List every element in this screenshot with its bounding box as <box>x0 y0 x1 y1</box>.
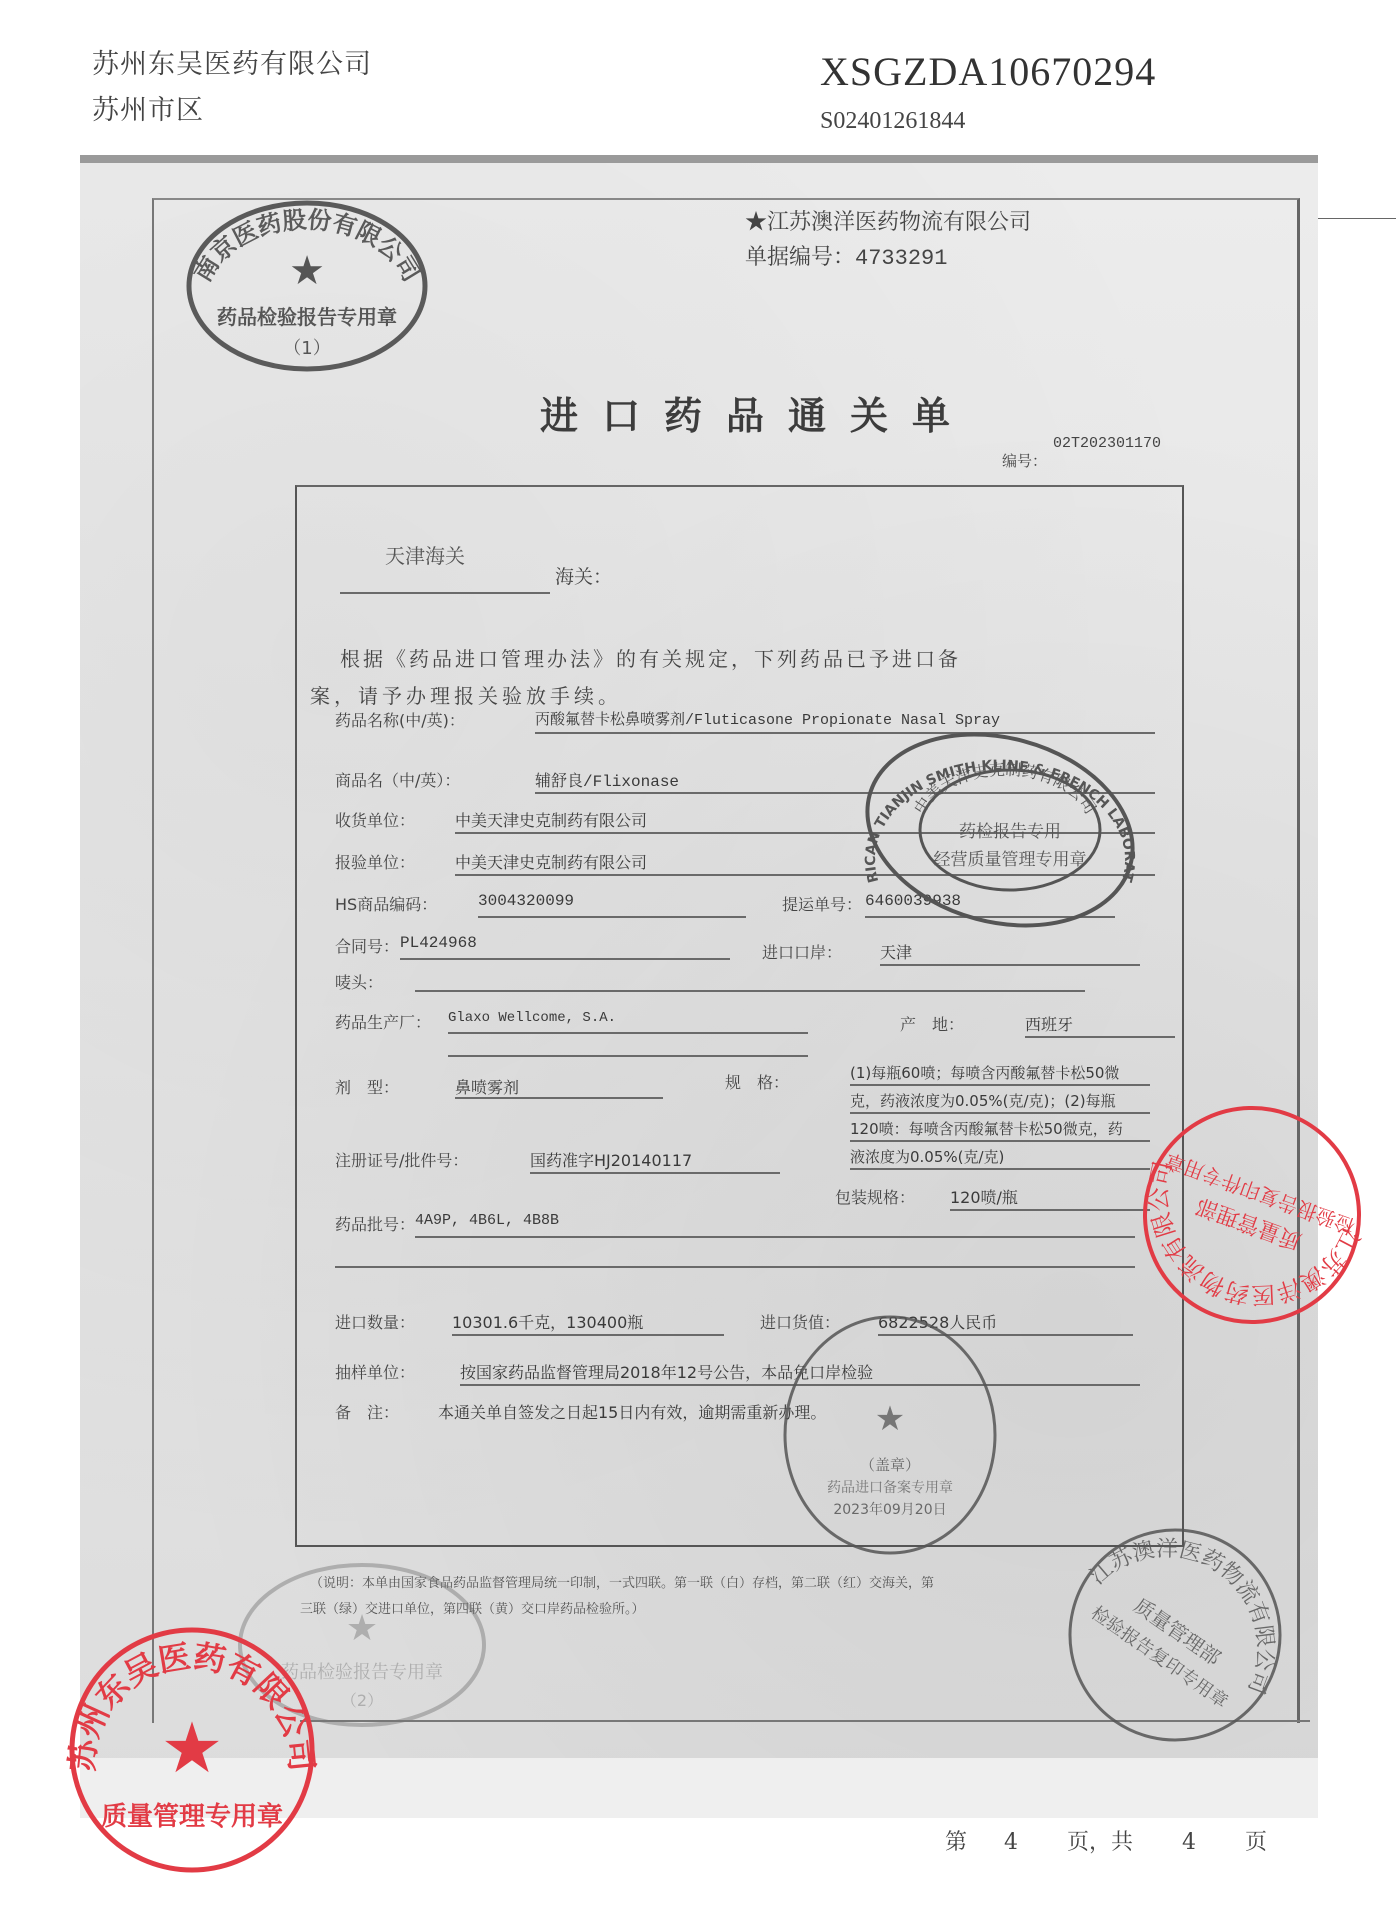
stamp-bottom-text: 质量管理专用章 <box>101 1801 283 1832</box>
header-sub-code: S02401261844 <box>820 108 965 135</box>
aoyang-quality-stamp-red: 江苏澳洋医药物流有限公司 质量管理部 检验报告复印件专用章 <box>1135 1095 1370 1339</box>
spec-line-3: 120喷：每喷含丙酸氟替卡松50微克，药 <box>850 1118 1123 1139</box>
underline <box>530 1172 780 1174</box>
hs-code-label: HS商品编码： <box>335 892 437 915</box>
spec-label: 规 格： <box>725 1070 789 1093</box>
page-mid: 页，共 <box>1067 1825 1133 1856</box>
port-label: 进口口岸： <box>762 940 842 963</box>
remark-value: 本通关单自签发之日起15日内有效，逾期需重新办理。 <box>438 1400 826 1423</box>
serial-label: 编号： <box>1002 450 1047 471</box>
underline <box>850 1140 1150 1142</box>
dosage-form-label: 剂 型： <box>335 1075 399 1098</box>
package-label: 包装规格： <box>835 1185 915 1208</box>
mark-label: 唛头： <box>335 970 383 993</box>
customs-label: 海关： <box>555 562 612 589</box>
underline <box>850 1084 1150 1086</box>
header-code: XSGZDA10670294 <box>820 48 1156 95</box>
registration-label: 注册证号/批件号： <box>335 1148 468 1171</box>
doc-number-label: 单据编号： <box>745 245 855 270</box>
drug-name-label: 药品名称(中/英)： <box>335 708 465 731</box>
underline <box>452 1334 724 1336</box>
spec-line-1: (1)每瓶60喷；每喷含丙酸氟替卡松50微 <box>850 1062 1119 1083</box>
page-current: 4 <box>1004 1830 1018 1855</box>
contract-value: PL424968 <box>400 934 477 952</box>
stamp-middle-text: 药品检验报告专用章 <box>217 305 397 329</box>
consignee-label: 收货单位： <box>335 808 415 831</box>
hs-code-value: 3004320099 <box>478 892 574 910</box>
registration-value: 国药准字HJ20140117 <box>530 1148 692 1171</box>
stamp-ring-text: 江苏澳洋医药物流有限公司 <box>1082 1493 1320 1702</box>
quantity-label: 进口数量： <box>335 1310 415 1333</box>
underline <box>478 916 746 918</box>
spec-line-2: 克，药液浓度为0.05%(克/克)；(2)每瓶 <box>850 1090 1116 1111</box>
stamp-line-1: 药检报告专用 <box>959 822 1061 842</box>
distributor-name: ★江苏澳洋医药物流有限公司 <box>745 205 1031 236</box>
underline <box>448 1055 808 1057</box>
manufacturer-label: 药品生产厂： <box>335 1010 431 1033</box>
consignee-value: 中美天津史克制药有限公司 <box>455 808 647 831</box>
declarant-value: 中美天津史克制药有限公司 <box>455 850 647 873</box>
stamp-seal-label: （盖章） <box>860 1456 920 1474</box>
header-region: 苏州市区 <box>92 88 204 127</box>
underline <box>535 732 1155 734</box>
star-icon: ★ <box>346 1608 378 1649</box>
customs-filing-stamp: ★ （盖章） 药品进口备案专用章 2023年09月20日 <box>770 1310 1010 1564</box>
stamp-center-text: 药品进口备案专用章 <box>827 1479 953 1496</box>
customs-value: 天津海关 <box>385 540 465 569</box>
stamp-index: （1） <box>283 338 330 359</box>
underline <box>1025 1036 1175 1038</box>
underline <box>335 1266 1135 1268</box>
dosage-form-value: 鼻喷雾剂 <box>455 1075 519 1098</box>
underline <box>448 1032 808 1034</box>
intro-line-1: 根据《药品进口管理办法》的有关规定，下列药品已予进口备 <box>340 640 1160 678</box>
batch-label: 药品批号： <box>335 1212 415 1235</box>
stamp-date: 2023年09月20日 <box>833 1501 946 1518</box>
page-indicator: 第 4 页，共 4 页 <box>945 1825 1267 1856</box>
page-prefix: 第 <box>945 1825 967 1856</box>
origin-value: 西班牙 <box>1025 1012 1073 1035</box>
underline <box>950 1209 1150 1211</box>
underline <box>880 964 1140 966</box>
document-title: 进口药品通关单 <box>540 385 974 440</box>
header-company: 苏州东吴医药有限公司 <box>92 42 372 81</box>
dongwu-quality-stamp: 苏州东吴医药有限公司 ★ 质量管理专用章 <box>62 1620 322 1884</box>
smithkline-stamp: SINO-AMERICAN TIANJIN SMITH KLINE & FREN… <box>850 735 1150 939</box>
batch-value: 4A9P, 4B6L, 4B8B <box>415 1212 559 1229</box>
page-suffix: 页 <box>1245 1825 1267 1856</box>
contract-label: 合同号： <box>335 934 399 957</box>
spec-line-4: 液浓度为0.05%(克/克) <box>850 1146 1004 1167</box>
customs-underline <box>340 592 550 594</box>
doc-number-value: 4733291 <box>855 246 947 271</box>
intro-line-2: 案，请予办理报关验放手续。 <box>310 680 622 709</box>
manufacturer-value: Glaxo Wellcome, S.A. <box>448 1010 616 1026</box>
star-icon: ★ <box>161 1707 224 1789</box>
stamp-index: （2） <box>341 1691 383 1710</box>
page-total: 4 <box>1182 1830 1196 1855</box>
underline <box>415 990 1085 992</box>
underline <box>850 1168 1150 1170</box>
port-value: 天津 <box>880 940 912 963</box>
underline <box>850 1112 1150 1114</box>
nanjing-inspection-stamp: 南京医药股份有限公司 ★ 药品检验报告专用章 （1） <box>182 196 432 380</box>
origin-label: 产 地： <box>900 1012 964 1035</box>
drug-name-value: 丙酸氟替卡松鼻喷雾剂/Fluticasone Propionate Nasal … <box>535 708 1000 729</box>
trade-name-value: 辅舒良/Flixonase <box>535 768 679 791</box>
remark-label: 备 注： <box>335 1400 399 1423</box>
svg-text:江苏澳洋医药物流有限公司: 江苏澳洋医药物流有限公司 <box>1082 1493 1320 1702</box>
serial-value: 02T202301170 <box>1053 435 1161 452</box>
star-icon: ★ <box>289 248 325 294</box>
underline <box>400 958 730 960</box>
package-value: 120喷/瓶 <box>950 1185 1018 1208</box>
aoyang-quality-stamp-gray: 江苏澳洋医药物流有限公司 质量管理部 检验报告复印专用章 <box>1055 1520 1295 1754</box>
quantity-value: 10301.6千克，130400瓶 <box>452 1310 643 1333</box>
declarant-label: 报验单位： <box>335 850 415 873</box>
star-icon: ★ <box>875 1399 905 1439</box>
sampling-label: 抽样单位： <box>335 1360 415 1383</box>
underline <box>455 1097 663 1099</box>
doc-number: 单据编号：4733291 <box>745 240 947 271</box>
trade-name-label: 商品名（中/英）： <box>335 768 460 791</box>
stamp-line-2: 经营质量管理专用章 <box>934 849 1087 870</box>
underline <box>415 1236 1135 1238</box>
